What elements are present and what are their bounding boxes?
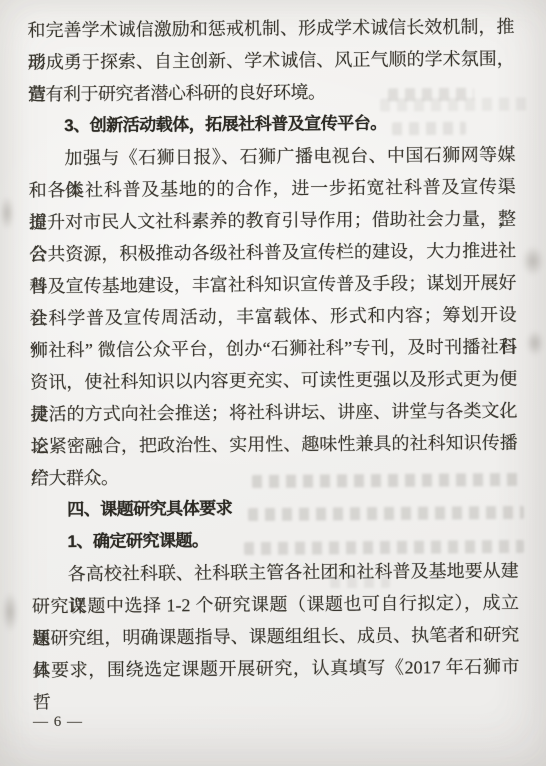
page-number: — 6 —	[33, 714, 83, 730]
text-line-21: 体要求，围绕选定课题开展研究，认真填写《2017 年石狮市哲	[32, 651, 519, 687]
page-footer: — 6 —	[33, 714, 83, 731]
text-line-20: 题研究组，明确课题指导、课题组组长、成员、执笔者和研究具	[32, 619, 519, 655]
text-line-5: 加强与《石狮日报》、石狮广播电视台、中国石狮网等媒体	[28, 139, 515, 175]
text-line-18: 各高校社科联、社科联主管各社团和社科普及基地要从建议	[32, 555, 519, 591]
text-line-10: 会科学普及宣传周活动，丰富载体、形式和内容；筹划开设 “石	[30, 299, 517, 335]
text-line-17: 1、确定研究课题。	[31, 523, 518, 559]
text-line-13: 灵活的方式向社会推送；将社科讲坛、讲座、讲堂与各类文化论	[30, 395, 517, 431]
text-line-8: 公共资源，积极推动各级社科普及宣传栏的建设，大力推进社科	[29, 235, 516, 271]
scan-smudge	[0, 196, 14, 230]
text-line-6: 和各类社科普及基地的的合作，进一步拓宽社科普及宣传渠道，	[29, 171, 516, 207]
text-line-12: 资讯，使社科知识以内容更充实、可读性更强以及形式更为便捷、	[30, 363, 517, 399]
text-line-2: 形成勇于探索、自主创新、学术诚信、风正气顺的学术氛围，营	[28, 43, 515, 79]
scan-smudge	[526, 330, 544, 356]
text-line-19: 研究课题中选择 1-2 个研究课题（课题也可自行拟定），成立课	[32, 587, 519, 623]
text-line-11: 狮社科” 微信公众平台，创办“石狮社科”专刊，及时刊播社科	[30, 331, 517, 367]
text-line-1: 和完善学术诚信激励和惩戒机制、形成学术诚信长效机制，推动	[27, 11, 514, 47]
document-body: 和完善学术诚信激励和惩戒机制、形成学术诚信长效机制，推动形成勇于探索、自主创新、…	[27, 11, 519, 687]
document-page: 和完善学术诚信激励和惩戒机制、形成学术诚信长效机制，推动形成勇于探索、自主创新、…	[0, 0, 546, 766]
scan-smudge	[2, 592, 18, 632]
text-line-16: 四、课题研究具体要求	[31, 491, 518, 527]
text-line-14: 坛紧密融合，把政治性、实用性、趣味性兼具的社科知识传播给	[31, 427, 518, 463]
scan-smudge	[522, 246, 544, 276]
text-line-9: 普及宣传基地建设，丰富社科知识宣传普及手段；谋划开展好社	[29, 267, 516, 303]
text-line-4: 3、创新活动载体，拓展社科普及宣传平台。	[28, 107, 515, 143]
text-line-3: 造有利于研究者潜心科研的良好环境。	[28, 75, 515, 111]
text-line-15: 广大群众。	[31, 459, 518, 495]
text-line-7: 提升对市民人文社科素养的教育引导作用；借助社会力量，整合	[29, 203, 516, 239]
